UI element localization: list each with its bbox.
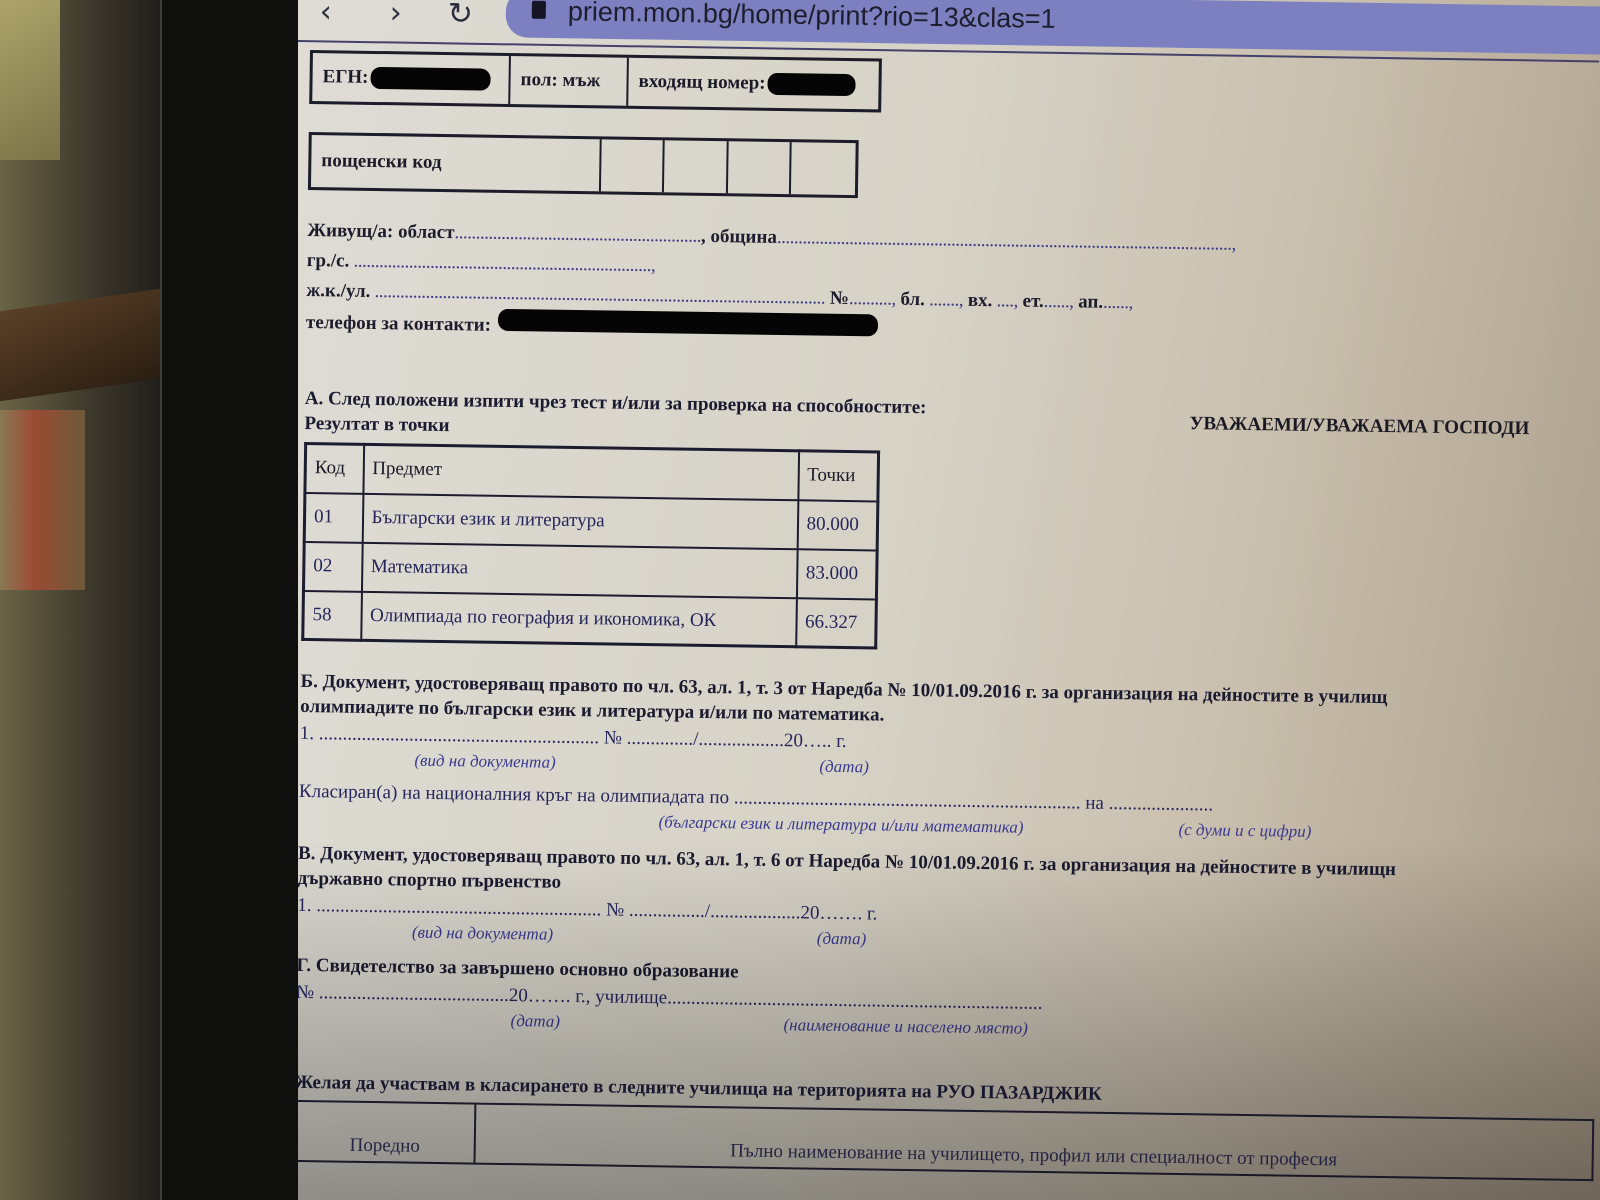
table-row: 58 Олимпиада по география и икономика, О…: [303, 590, 877, 647]
school-preferences-table: Поредно Пълно наименование на училището,…: [298, 1100, 1594, 1181]
city-label: гр./с.: [307, 250, 350, 272]
hint-document-type: (вид на документа): [412, 923, 554, 945]
apartment-label: ап.: [1078, 291, 1103, 312]
section-b: Б. Документ, удостоверяващ правото по чл…: [298, 669, 1600, 856]
block-field[interactable]: .......,: [925, 289, 964, 311]
row-subject: Олимпиада по география и икономика, ОК: [361, 591, 797, 646]
scores-table: Код Предмет Точки 01 Български език и ли…: [301, 442, 880, 650]
table-row: 01 Български език и литература 80.000: [304, 492, 878, 549]
postal-code-label: пощенски код: [311, 135, 602, 191]
hint-date: (дата): [510, 1011, 560, 1032]
hint-school-name: (наименование и населено място): [783, 1015, 1028, 1039]
background-lamp: [0, 0, 60, 160]
browser-window: ‹ › ↻ priem.mon.bg/home/print?rio=13&cla…: [298, 0, 1600, 1200]
region-label: Живущ/а: област: [307, 220, 454, 243]
column-order: Поредно: [298, 1101, 475, 1164]
hint-document-type: (вид на документа): [414, 751, 556, 773]
row-subject: Български език и литература: [362, 493, 798, 548]
back-arrow-icon[interactable]: ‹: [320, 0, 333, 30]
incoming-number-label: входящ номер:: [638, 71, 765, 95]
street-label: ж.к./ул.: [306, 280, 370, 302]
region-field[interactable]: ........................................…: [454, 222, 701, 247]
apartment-field[interactable]: ......,: [1103, 292, 1133, 313]
row-code: 58: [303, 590, 362, 640]
postal-code-digit-4[interactable]: [791, 142, 855, 195]
background-book: [0, 410, 85, 590]
hint-date: (дата): [819, 757, 869, 778]
phone-redacted: [498, 309, 878, 337]
column-code: Код: [305, 443, 364, 493]
section-v: В. Документ, удостоверяващ правото по чл…: [298, 841, 1600, 970]
row-points: 83.000: [796, 549, 877, 599]
identity-box: ЕГН: пол: мъж входящ номер:: [309, 50, 882, 112]
hint-words-digits: (с думи и с цифри): [1178, 820, 1311, 842]
reload-icon[interactable]: ↻: [448, 0, 474, 32]
scores-header-row: Код Предмет Точки: [305, 443, 879, 500]
gender-label: пол:: [520, 69, 558, 92]
section-g: Г. Свидетелство за завършено основно обр…: [298, 953, 1600, 1057]
monitor-bezel: [160, 0, 300, 1200]
phone-label: телефон за контакти:: [306, 312, 491, 336]
application-form: ЕГН: пол: мъж входящ номер: пощенски код…: [298, 50, 1600, 1183]
row-subject: Математика: [361, 542, 797, 597]
background-shelf: [0, 289, 160, 401]
municipality-field[interactable]: ........................................…: [777, 227, 1236, 255]
row-code: 02: [303, 541, 362, 591]
hint-olympiad-subject: (български език и литература и/или матем…: [658, 812, 1023, 837]
url-text[interactable]: priem.mon.bg/home/print?rio=13&clas=1: [568, 0, 1056, 34]
egn-redacted: [370, 67, 490, 91]
number-label: №: [830, 288, 849, 309]
postal-code-digit-1[interactable]: [601, 139, 665, 192]
floor-label: ет.: [1022, 291, 1043, 312]
row-points: 66.327: [796, 598, 877, 648]
column-points: Точки: [798, 451, 879, 501]
column-school-name: Пълно наименование на училището, профил …: [474, 1104, 1593, 1181]
street-field[interactable]: ........................................…: [370, 281, 825, 309]
forward-arrow-icon[interactable]: ›: [390, 0, 403, 31]
postal-code-digit-3[interactable]: [728, 141, 792, 194]
entrance-field[interactable]: ....,: [992, 290, 1018, 311]
table-row: 02 Математика 83.000: [303, 541, 877, 598]
entrance-label: вх.: [968, 290, 993, 311]
incoming-number-cell: входящ номер:: [628, 58, 879, 110]
postal-code-box: пощенски код: [308, 132, 859, 198]
preferences-header-row: Поредно Пълно наименование на училището,…: [298, 1101, 1593, 1180]
municipality-label: , община: [701, 226, 777, 248]
row-points: 80.000: [797, 500, 878, 550]
lock-icon[interactable]: [532, 1, 546, 19]
address-bar[interactable]: priem.mon.bg/home/print?rio=13&clas=1: [505, 0, 1600, 56]
row-code: 01: [304, 492, 363, 542]
gender-cell: пол: мъж: [510, 56, 629, 106]
city-field[interactable]: ........................................…: [349, 251, 655, 277]
address-block: Живущ/а: област.........................…: [306, 216, 1600, 359]
postal-code-digit-2[interactable]: [664, 140, 728, 193]
block-label: бл.: [900, 289, 925, 310]
floor-field[interactable]: ......,: [1044, 291, 1074, 312]
hint-date: (дата): [817, 929, 867, 950]
egn-label: ЕГН:: [322, 66, 368, 89]
egn-cell: ЕГН:: [312, 53, 511, 104]
column-subject: Предмет: [363, 444, 799, 499]
number-field[interactable]: ..........,: [849, 288, 896, 310]
incoming-number-redacted: [767, 73, 855, 96]
gender-value: мъж: [562, 70, 600, 93]
